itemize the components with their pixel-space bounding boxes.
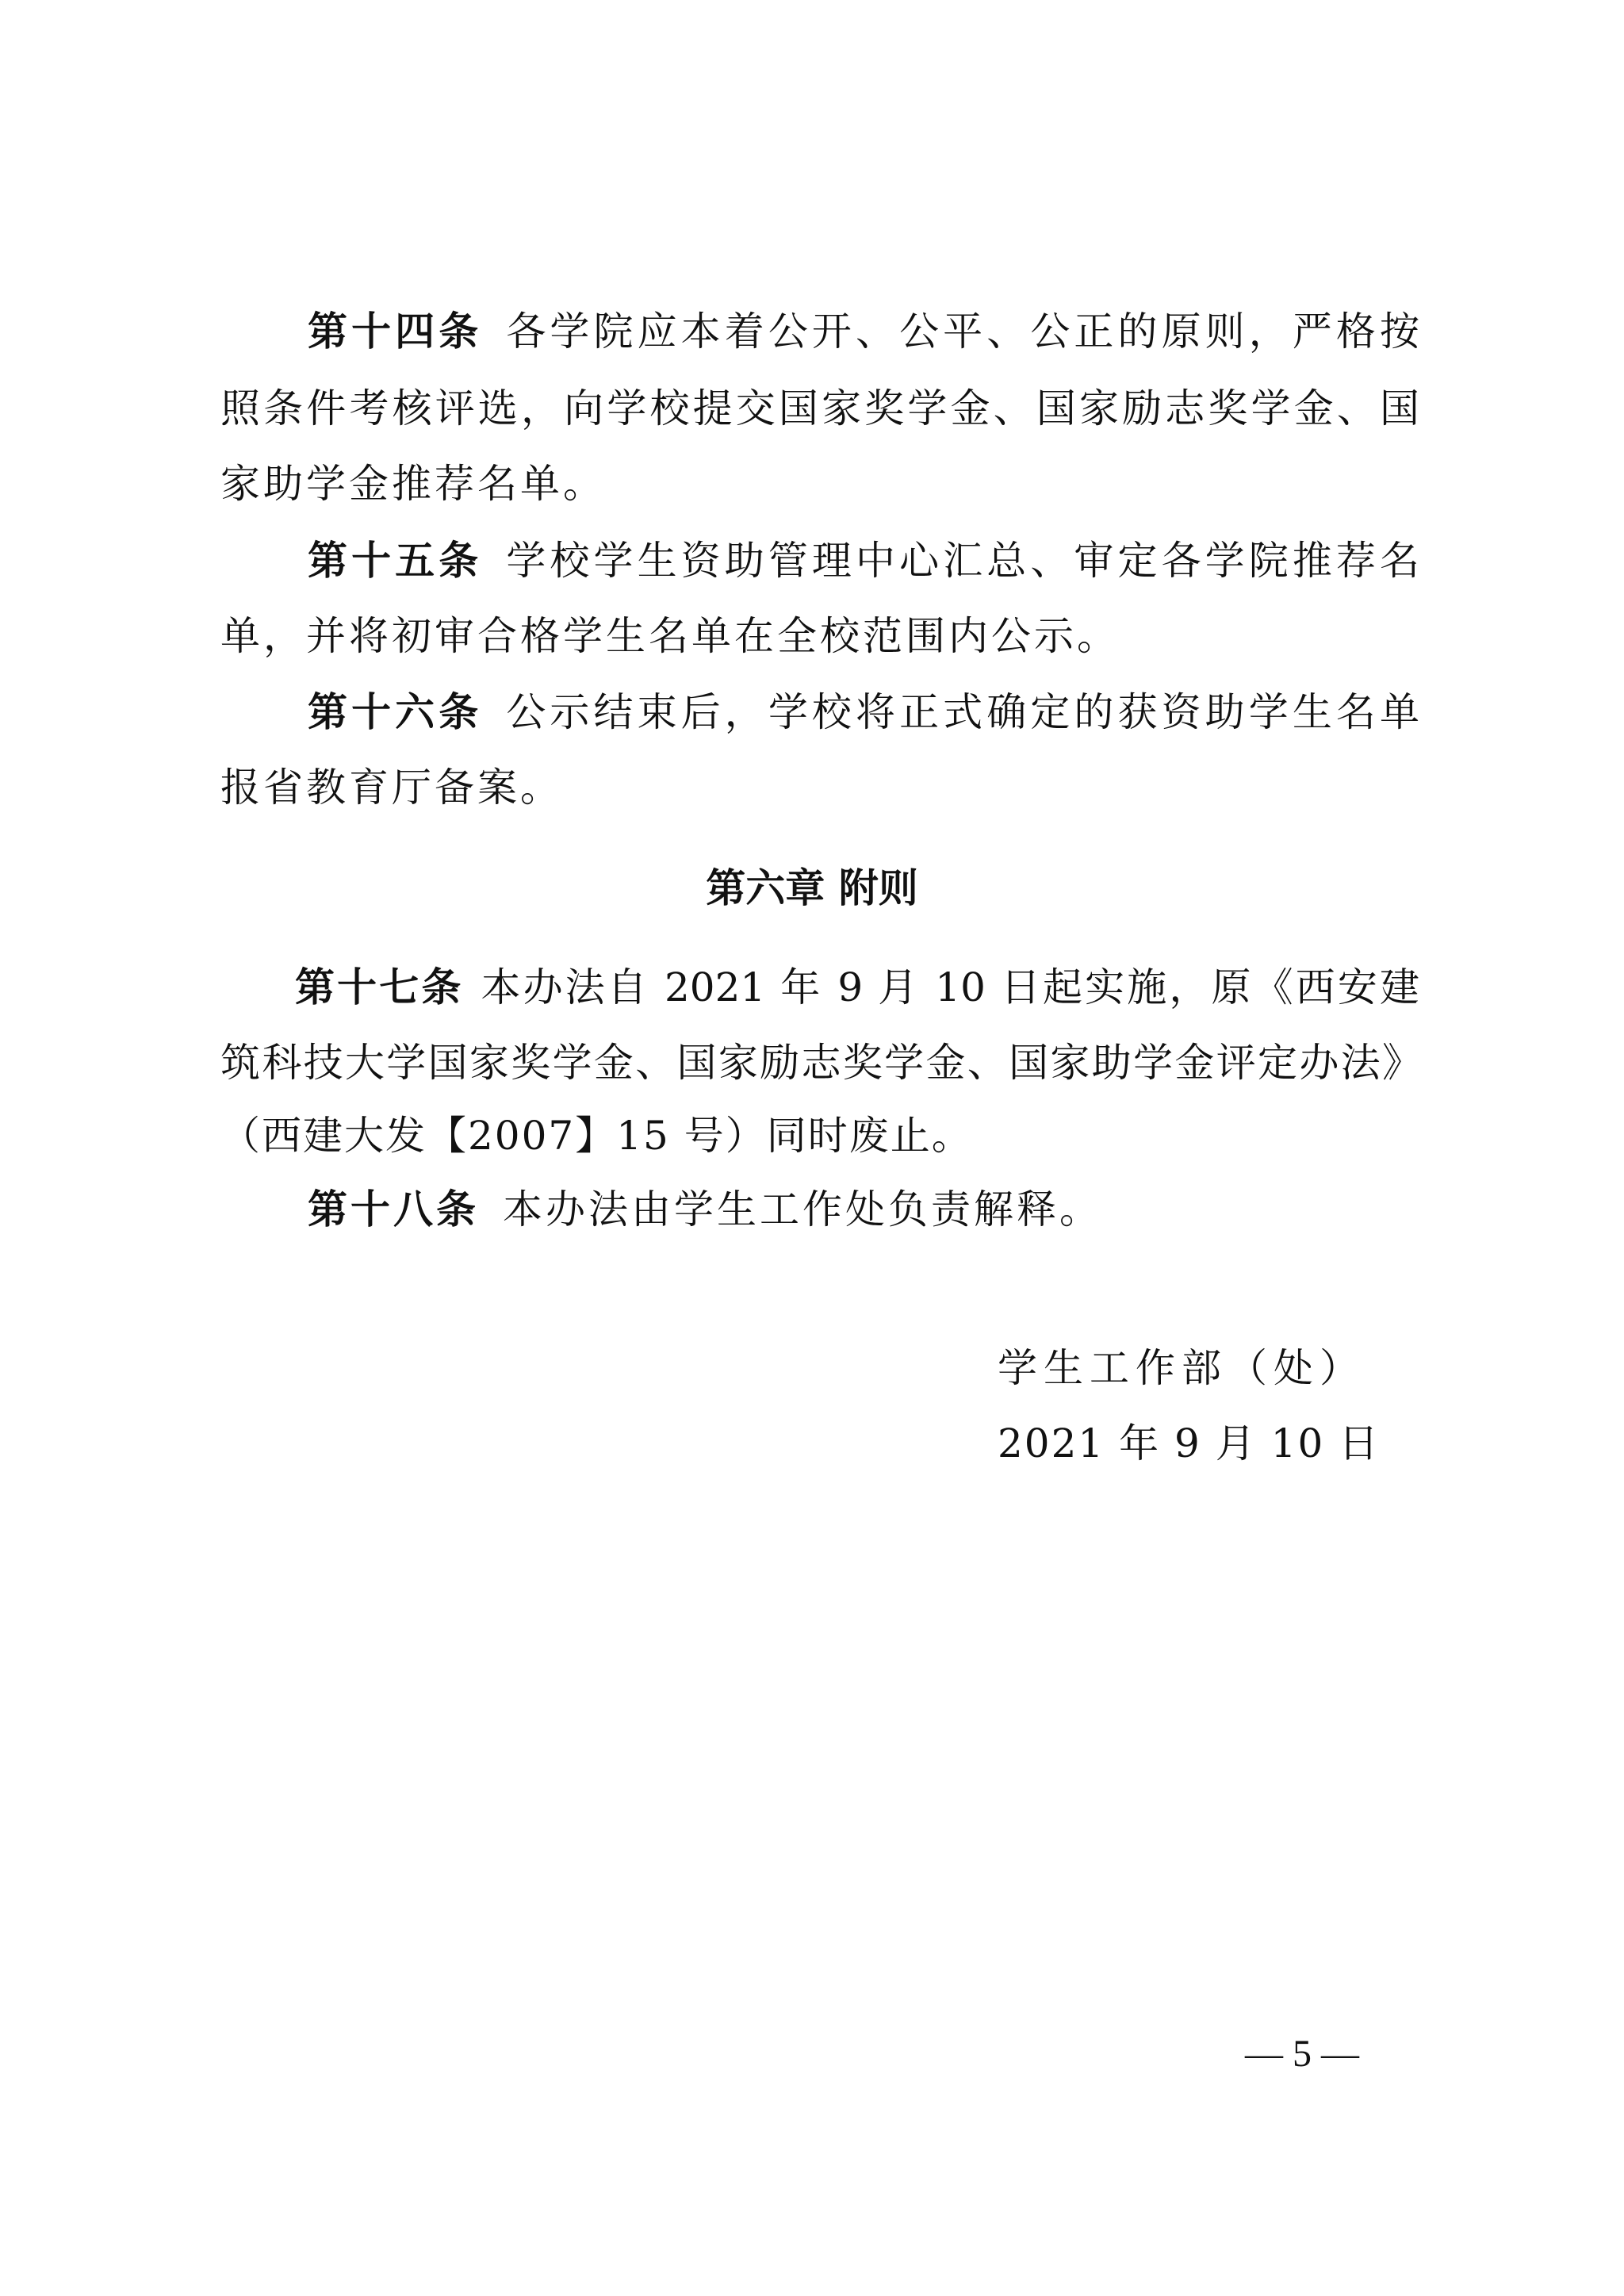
article-16-text-1: 公示结束后，学校将正式确定的获资助学生名单: [506, 689, 1419, 735]
article-14-line-2: 照条件考核评选，向学校提交国家奖学金、国家励志奖学金、国: [220, 385, 1419, 432]
article-17-line-3: （西建大发【2007】15 号）同时废止。: [220, 1112, 1419, 1159]
document-page: 第十四条各学院应本着公开、公平、公正的原则，严格按 照条件考核评选，向学校提交国…: [0, 0, 1624, 2296]
article-17-text-1: 本办法自 2021 年 9 月 10 日起实施，原《西安建: [481, 964, 1419, 1010]
article-18-text-1: 本办法由学生工作处负责解释。: [503, 1186, 1102, 1232]
article-17-label: 第十七条: [295, 964, 463, 1010]
article-14-label: 第十四条: [308, 309, 482, 355]
article-14-line-3: 家助学金推荐名单。: [220, 460, 1419, 508]
article-15-line-1: 第十五条学校学生资助管理中心汇总、审定各学院推荐名: [308, 537, 1419, 585]
article-14-text-1: 各学院应本着公开、公平、公正的原则，严格按: [506, 309, 1419, 355]
page-number: — 5 —: [1245, 2030, 1359, 2078]
article-16-label: 第十六条: [308, 689, 482, 735]
article-15-text-1: 学校学生资助管理中心汇总、审定各学院推荐名: [506, 538, 1419, 584]
article-15-line-2: 单，并将初审合格学生名单在全校范围内公示。: [220, 612, 1419, 660]
article-16-line-1: 第十六条公示结束后，学校将正式确定的获资助学生名单: [308, 688, 1419, 736]
signature-date: 2021 年 9 月 10 日: [998, 1420, 1380, 1467]
article-18-label: 第十八条: [308, 1186, 479, 1232]
signature-department: 学生工作部（处）: [998, 1344, 1365, 1392]
chapter-heading: 第六章 附则: [0, 864, 1624, 912]
article-15-label: 第十五条: [308, 538, 482, 584]
article-18-line-1: 第十八条本办法由学生工作处负责解释。: [308, 1186, 1419, 1233]
article-14-line-1: 第十四条各学院应本着公开、公平、公正的原则，严格按: [308, 308, 1419, 355]
article-17-line-2: 筑科技大学国家奖学金、国家励志奖学金、国家助学金评定办法》: [220, 1039, 1419, 1087]
article-17-line-1: 第十七条本办法自 2021 年 9 月 10 日起实施，原《西安建: [295, 964, 1419, 1011]
article-16-line-2: 报省教育厅备案。: [220, 764, 1419, 811]
